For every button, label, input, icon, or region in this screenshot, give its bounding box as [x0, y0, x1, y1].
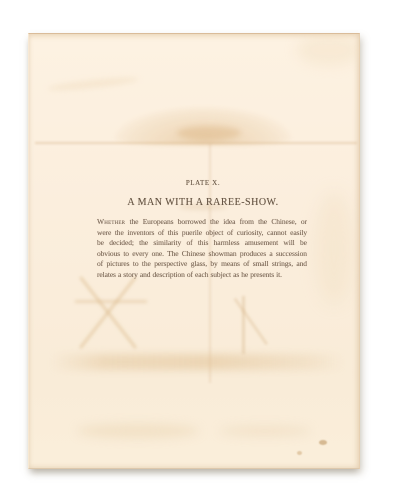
word: be: [300, 238, 307, 247]
word: this: [168, 228, 178, 237]
word: idea: [223, 217, 235, 226]
word: similarity: [153, 238, 181, 247]
word: it.: [276, 270, 282, 279]
word: of: [187, 270, 193, 279]
word: or: [301, 217, 307, 226]
showthrough-ground-band: [51, 354, 345, 370]
plate-number-heading: PLATE X.: [93, 179, 313, 187]
description-paragraph: WhethertheEuropeansborrowedtheideafromth…: [93, 217, 307, 281]
foxing-spot-small: [297, 451, 302, 455]
word: means: [221, 259, 240, 268]
word: easily: [290, 228, 307, 237]
word: small: [253, 259, 269, 268]
word: of: [227, 228, 233, 237]
photo-background: PLATE X. A MAN WITH A RAREE-SHOW. Whethe…: [0, 0, 394, 500]
word: the: [258, 217, 267, 226]
word: the: [115, 228, 124, 237]
word: he: [241, 270, 248, 279]
word: will: [283, 238, 294, 247]
word: by: [210, 259, 217, 268]
word: to: [123, 249, 129, 258]
word: presents: [250, 270, 274, 279]
word: the: [139, 238, 148, 247]
word: produces: [240, 249, 266, 258]
showthrough-trestle-brace-right: [234, 298, 268, 345]
word: Chinese: [182, 249, 205, 258]
word: pictures: [106, 259, 129, 268]
word: the: [142, 259, 151, 268]
book-page: PLATE X. A MAN WITH A RAREE-SHOW. Whethe…: [28, 33, 360, 469]
word: cannot: [267, 228, 286, 237]
word: Whether: [97, 217, 125, 226]
foxing-streak-top-left: [47, 75, 139, 93]
word: this: [198, 238, 208, 247]
word: to: [133, 259, 139, 268]
word: harmless: [214, 238, 240, 247]
word: of: [186, 238, 192, 247]
word: curiosity,: [237, 228, 264, 237]
word: of: [243, 259, 249, 268]
word: the: [210, 217, 219, 226]
letterpress-text-block: PLATE X. A MAN WITH A RAREE-SHOW. Whethe…: [93, 179, 313, 281]
word: of: [97, 259, 103, 268]
word: the: [130, 217, 139, 226]
plate-title: A MAN WITH A RAREE-SHOW.: [93, 197, 313, 208]
paragraph-line: ofpicturestotheperspectiveglass,bymeanso…: [97, 259, 307, 270]
word: every: [132, 249, 148, 258]
word: of: [158, 228, 164, 237]
toning-patch-right-margin: [315, 192, 353, 304]
word: a: [118, 270, 121, 279]
word: puerile: [182, 228, 202, 237]
showthrough-trestle-leg-right: [242, 296, 245, 354]
showthrough-umbrella-canopy: [115, 107, 291, 145]
showthrough-trestle-seat: [75, 300, 147, 303]
word: description: [153, 270, 185, 279]
word: The: [167, 249, 178, 258]
word: inventors: [127, 228, 154, 237]
word: borrowed: [178, 217, 206, 226]
word: succession: [276, 249, 307, 258]
word: and: [296, 259, 307, 268]
showthrough-horizon-line: [35, 142, 357, 144]
showthrough-trestle-leg-left-a: [79, 276, 137, 349]
smudge-bottom-left: [77, 424, 199, 438]
word: each: [195, 270, 208, 279]
word: amusement: [245, 238, 278, 247]
word: story: [123, 270, 138, 279]
word: from: [240, 217, 254, 226]
word: one.: [152, 249, 164, 258]
smudge-bottom-center: [219, 426, 311, 436]
toning-patch-top-right: [297, 34, 360, 66]
paragraph-line: relatesastoryanddescriptionofeachsubject…: [97, 270, 307, 281]
word: perspective: [154, 259, 187, 268]
paragraph-line: WhethertheEuropeansborrowedtheideafromth…: [97, 217, 307, 228]
word: a: [269, 249, 272, 258]
word: obvious: [97, 249, 120, 258]
word: strings,: [272, 259, 293, 268]
word: Chinese,: [271, 217, 296, 226]
word: and: [140, 270, 151, 279]
word: glass,: [191, 259, 207, 268]
word: relates: [97, 270, 116, 279]
showthrough-trestle-leg-left-b: [79, 276, 137, 349]
word: were: [97, 228, 111, 237]
foxing-spot-large: [319, 440, 327, 445]
word: decided;: [109, 238, 134, 247]
word: Europeans: [143, 217, 174, 226]
paragraph-line: bedecided;thesimilarityofthisharmlessamu…: [97, 238, 307, 249]
showthrough-umbrella-canopy-core: [177, 126, 241, 140]
word: object: [206, 228, 224, 237]
word: subject: [210, 270, 231, 279]
word: as: [233, 270, 239, 279]
paragraph-line: weretheinventorsofthispuerileobjectofcur…: [97, 228, 307, 239]
paragraph-line: obvioustoeveryone.TheChineseshowmanprodu…: [97, 249, 307, 260]
word: be: [97, 238, 104, 247]
word: showman: [209, 249, 237, 258]
